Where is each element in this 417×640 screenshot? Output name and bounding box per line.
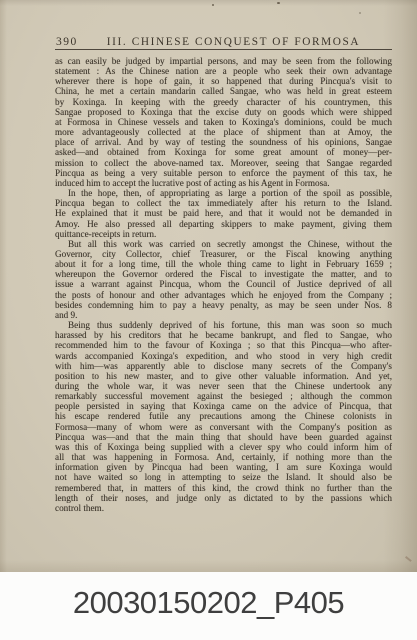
body-line: induced him to accept the lucrative post…: [55, 178, 392, 188]
body-line: Pincqua was—and that the main thing that…: [55, 432, 392, 442]
scan-viewport: 390 III. CHINESE CONQUEST OF FORMOSA as …: [0, 0, 417, 640]
body-line: was this of Koxinga being supplied with …: [55, 442, 392, 452]
body-line: wards accompanied Koxinga's expedition, …: [55, 351, 392, 361]
body-line: Pincqua as being a very suitable person …: [55, 168, 392, 178]
running-head: 390 III. CHINESE CONQUEST OF FORMOSA: [55, 36, 392, 50]
chapter-title: III. CHINESE CONQUEST OF FORMOSA: [55, 36, 392, 48]
body-line: not have waited so long in attempting to…: [55, 472, 392, 482]
body-line: about it for a long time, till the whole…: [55, 259, 392, 269]
body-line: people persisted in saying that Koxinga …: [55, 401, 392, 411]
body-line: at Formosa in Chinese vessels and taken …: [55, 117, 392, 127]
scan-footer-strip: 20030150202_P405: [0, 572, 417, 640]
body-line: In the hope, then, of appropriating as l…: [55, 188, 392, 198]
book-page: 390 III. CHINESE CONQUEST OF FORMOSA as …: [0, 0, 417, 572]
body-line: asked—and obtained from Koxinga for some…: [55, 147, 392, 157]
body-line: But all this work was carried on secretl…: [55, 239, 392, 249]
body-line: Amoy. He also pressed all departing skip…: [55, 219, 392, 229]
body-line: statement : As the Chinese nation are a …: [55, 66, 392, 76]
paragraph: In the hope, then, of appropriating as l…: [55, 188, 392, 239]
page-body-text: as can easily be judged by impartial per…: [55, 56, 392, 513]
body-line: harassed by his creditors that he became…: [55, 330, 392, 340]
body-line: Being thus suddenly deprived of his fort…: [55, 320, 392, 330]
scan-speck: [277, 2, 280, 4]
body-line: quittance-receipts in return.: [55, 229, 392, 239]
body-line: during the whole war, it was never seen …: [55, 381, 392, 391]
scan-speck: [359, 12, 361, 14]
body-line: Formosa—many of whom were as conversant …: [55, 422, 392, 432]
body-line: all that was happening in Formosa. And, …: [55, 452, 392, 462]
body-line: as can easily be judged by impartial per…: [55, 56, 392, 66]
header-rule: [55, 49, 392, 50]
body-line: mission to collect the above-named tax. …: [55, 158, 392, 168]
body-line: remarkably successful movement against t…: [55, 391, 392, 401]
body-line: with him—was apparently able to disclose…: [55, 361, 392, 371]
body-line: He explained that it must be paid here, …: [55, 208, 392, 218]
body-line: his escape rendered futile any precautio…: [55, 411, 392, 421]
body-line: the posts of honour and other advantages…: [55, 290, 392, 300]
body-line: whereupon the Governor ordered the Fisca…: [55, 269, 392, 279]
paragraph: as can easily be judged by impartial per…: [55, 56, 392, 188]
body-line: control them.: [55, 503, 392, 513]
body-line: place of arrival. And by way of testing …: [55, 137, 392, 147]
scan-scuff: [405, 556, 411, 562]
body-line: and 9.: [55, 310, 392, 320]
paragraph: Being thus suddenly deprived of his fort…: [55, 320, 392, 513]
body-line: issue a warrant against Pincqua, whom th…: [55, 279, 392, 289]
body-line: wherever there is hope of gain, it so ha…: [55, 76, 392, 86]
body-line: by Koxinga. In keeping with the greedy c…: [55, 97, 392, 107]
body-line: besides condemning him to pay a heavy pe…: [55, 300, 392, 310]
scan-id-label: 20030150202_P405: [73, 585, 344, 621]
body-line: information given by Pincqua had been wa…: [55, 462, 392, 472]
paragraph: But all this work was carried on secretl…: [55, 239, 392, 320]
body-line: Sangae proposed to Koxinga that the exci…: [55, 107, 392, 117]
body-line: remembered that, in matters of this kind…: [55, 483, 392, 493]
scan-speck: [212, 4, 214, 6]
body-line: recommended him to the favour of Koxinga…: [55, 340, 392, 350]
body-line: Pincqua began to collect the tax immedia…: [55, 198, 392, 208]
body-line: China, he met a certain mandarin called …: [55, 86, 392, 96]
body-line: Governor, city Collector, chief Treasure…: [55, 249, 392, 259]
page-number: 390: [56, 36, 78, 48]
body-line: more advantageously collected at the pla…: [55, 127, 392, 137]
body-line: length of their noses, and judge only as…: [55, 493, 392, 503]
body-line: position to his new master, and to give …: [55, 371, 392, 381]
